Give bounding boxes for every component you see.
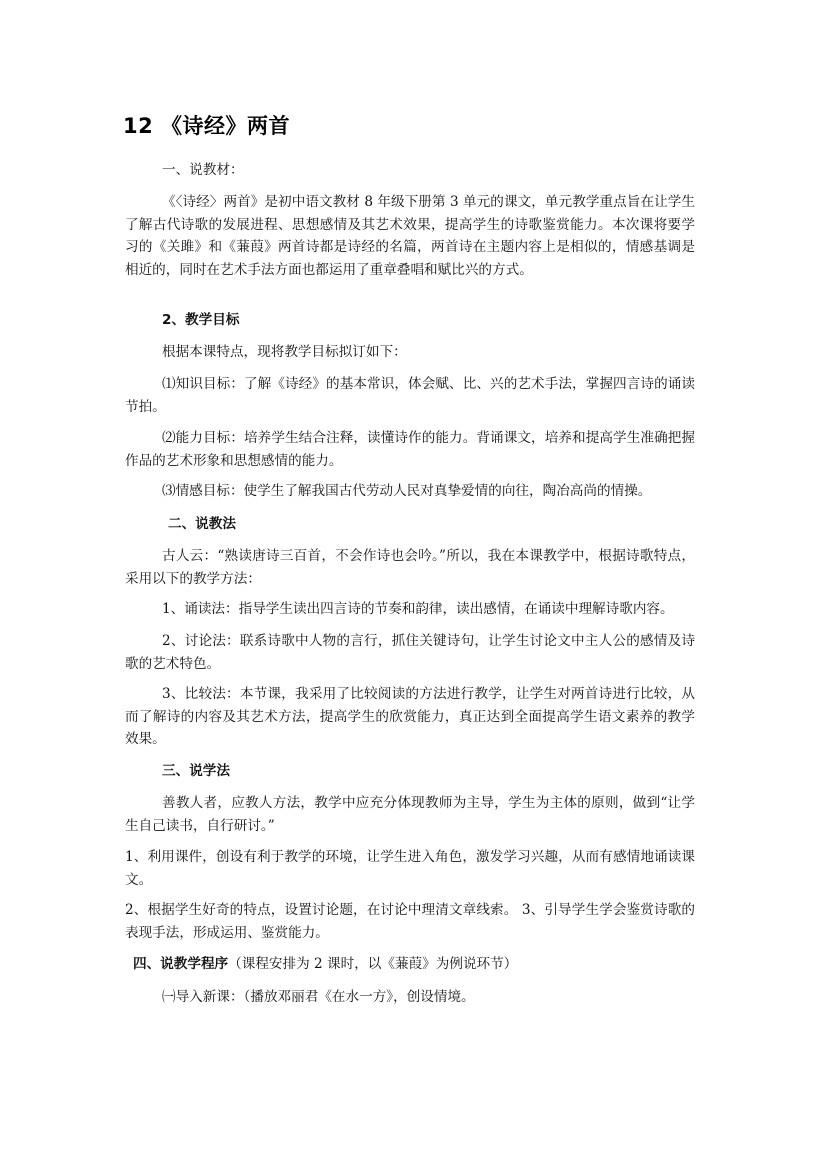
paragraph-learning-1: 1、利用课件，创设有利于教学的环境，让学生进入角色，激发学习兴趣，从而有感情地诵… (125, 846, 695, 891)
procedure-heading-label: 四、说教学程序 (133, 956, 228, 972)
paragraph-methods-intro: 古人云：“熟读唐诗三百首，不会作诗也会吟。”所以，我在本课教学中，根据诗歌特点，… (125, 545, 695, 590)
paragraph-textbook: 《〈诗经〉两首》是初中语文教材 8 年级下册第 3 单元的课文，单元教学重点旨在… (125, 191, 695, 281)
procedure-heading-note: （课程安排为 2 课时，以《蒹葭》为例说环节） (228, 956, 517, 972)
section-heading-procedure: 四、说教学程序（课程安排为 2 课时，以《蒹葭》为例说环节） (125, 953, 695, 976)
document-page: 12 《诗经》两首 一、说教材： 《〈诗经〉两首》是初中语文教材 8 年级下册第… (0, 0, 827, 1169)
paragraph-goals-intro: 根据本课特点，现将教学目标拟订如下： (125, 341, 695, 364)
section-heading-goals: 2、教学目标 (125, 309, 695, 332)
paragraph-goal-knowledge: ⑴知识目标：了解《诗经》的基本常识，体会赋、比、兴的艺术手法，掌握四言诗的诵读节… (125, 373, 695, 418)
paragraph-goal-emotion: ⑶情感目标：使学生了解我国古代劳动人民对真挚爱情的向往，陶冶高尚的情操。 (125, 480, 695, 503)
paragraph-step-intro: ㈠导入新课：（播放邓丽君《在水一方》，创设情境。 (125, 986, 695, 1009)
section-heading-textbook: 一、说教材： (125, 159, 695, 182)
paragraph-method-discussion: 2、讨论法：联系诗歌中人物的言行，抓住关键诗句，让学生讨论文中主人公的感情及诗歌… (125, 630, 695, 675)
section-heading-teaching-methods: 二、说教法 (125, 513, 695, 536)
paragraph-goal-ability: ⑵能力目标：培养学生结合注释，读懂诗作的能力。背诵课文，培养和提高学生准确把握作… (125, 427, 695, 472)
section-heading-learning-methods: 三、说学法 (125, 760, 695, 783)
paragraph-method-reading: 1、诵读法：指导学生读出四言诗的节奏和韵律，读出感情，在诵读中理解诗歌内容。 (125, 598, 695, 621)
page-title: 12 《诗经》两首 (123, 110, 290, 140)
paragraph-method-comparison: 3、比较法：本节课，我采用了比较阅读的方法进行教学，让学生对两首诗进行比较，从而… (125, 683, 695, 751)
paragraph-learning-2-3: 2、根据学生好奇的特点，设置讨论题，在讨论中理清文章线索。 3、引导学生学会鉴赏… (125, 899, 695, 944)
paragraph-learning-intro: 善教人者，应教人方法，教学中应充分体现教师为主导，学生为主体的原则，做到“让学生… (125, 792, 695, 837)
